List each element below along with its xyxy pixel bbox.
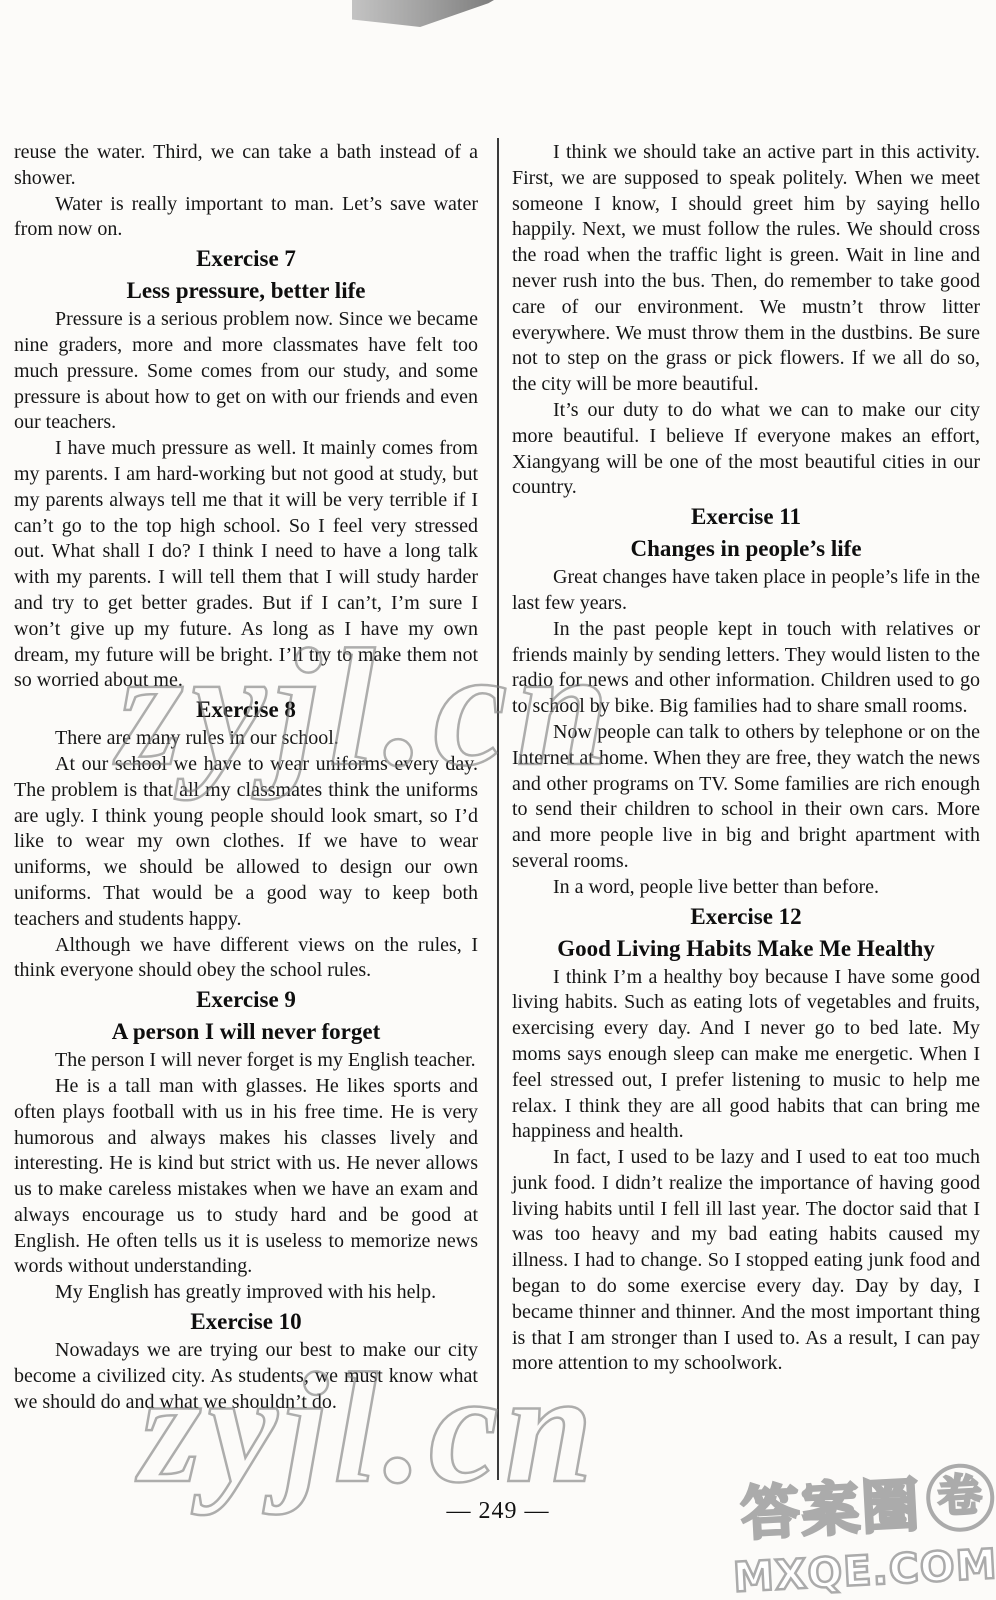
heading-exercise-8: Exercise 8 xyxy=(14,694,478,726)
paragraph: Great changes have taken place in people… xyxy=(512,565,980,617)
paragraph: Although we have different views on the … xyxy=(14,933,478,985)
paragraph: In the past people kept in touch with re… xyxy=(512,617,980,720)
paragraph: There are many rules in our school. xyxy=(14,726,478,752)
column-divider xyxy=(497,138,499,1480)
paragraph: Pressure is a serious problem now. Since… xyxy=(14,307,478,436)
paragraph: I think I’m a healthy boy because I have… xyxy=(512,965,980,1146)
paragraph: In fact, I used to be lazy and I used to… xyxy=(512,1145,980,1377)
heading-exercise-10: Exercise 10 xyxy=(14,1306,478,1338)
scanned-answer-page: zyjl.cn zyjl.cn reuse the water. Third, … xyxy=(0,0,996,1600)
heading-exercise-11: Exercise 11 xyxy=(512,501,980,533)
paragraph: He is a tall man with glasses. He likes … xyxy=(14,1074,478,1280)
essay-title-less-pressure: Less pressure, better life xyxy=(14,275,478,307)
scan-fold-shadow xyxy=(352,0,494,27)
paragraph: In a word, people live better than befor… xyxy=(512,875,980,901)
paragraph: I think we should take an active part in… xyxy=(512,140,980,398)
paragraph: Water is really important to man. Let’s … xyxy=(14,192,478,244)
heading-exercise-12: Exercise 12 xyxy=(512,901,980,933)
answer-site-logo: 答案圈卷 MXQE.COM xyxy=(728,1454,996,1600)
paragraph: The person I will never forget is my Eng… xyxy=(14,1048,478,1074)
heading-exercise-9: Exercise 9 xyxy=(14,984,478,1016)
paragraph: I have much pressure as well. It mainly … xyxy=(14,436,478,694)
paragraph: reuse the water. Third, we can take a ba… xyxy=(14,140,478,192)
paragraph: Nowadays we are trying our best to make … xyxy=(14,1338,478,1415)
paragraph: Now people can talk to others by telepho… xyxy=(512,720,980,875)
essay-title-person-never-forget: A person I will never forget xyxy=(14,1016,478,1048)
essay-title-changes-in-life: Changes in people’s life xyxy=(512,533,980,565)
essay-title-good-living-habits: Good Living Habits Make Me Healthy xyxy=(512,933,980,965)
paragraph: It’s our duty to do what we can to make … xyxy=(512,398,980,501)
paragraph: At our school we have to wear uniforms e… xyxy=(14,752,478,933)
left-column: reuse the water. Third, we can take a ba… xyxy=(14,140,478,1415)
logo-row: 答案圈卷 xyxy=(728,1454,996,1552)
heading-exercise-7: Exercise 7 xyxy=(14,243,478,275)
logo-brand-text: 答案圈 xyxy=(740,1471,923,1548)
logo-circle-badge-icon: 卷 xyxy=(925,1462,996,1533)
paragraph: My English has greatly improved with his… xyxy=(14,1280,478,1306)
right-column: I think we should take an active part in… xyxy=(512,140,980,1377)
